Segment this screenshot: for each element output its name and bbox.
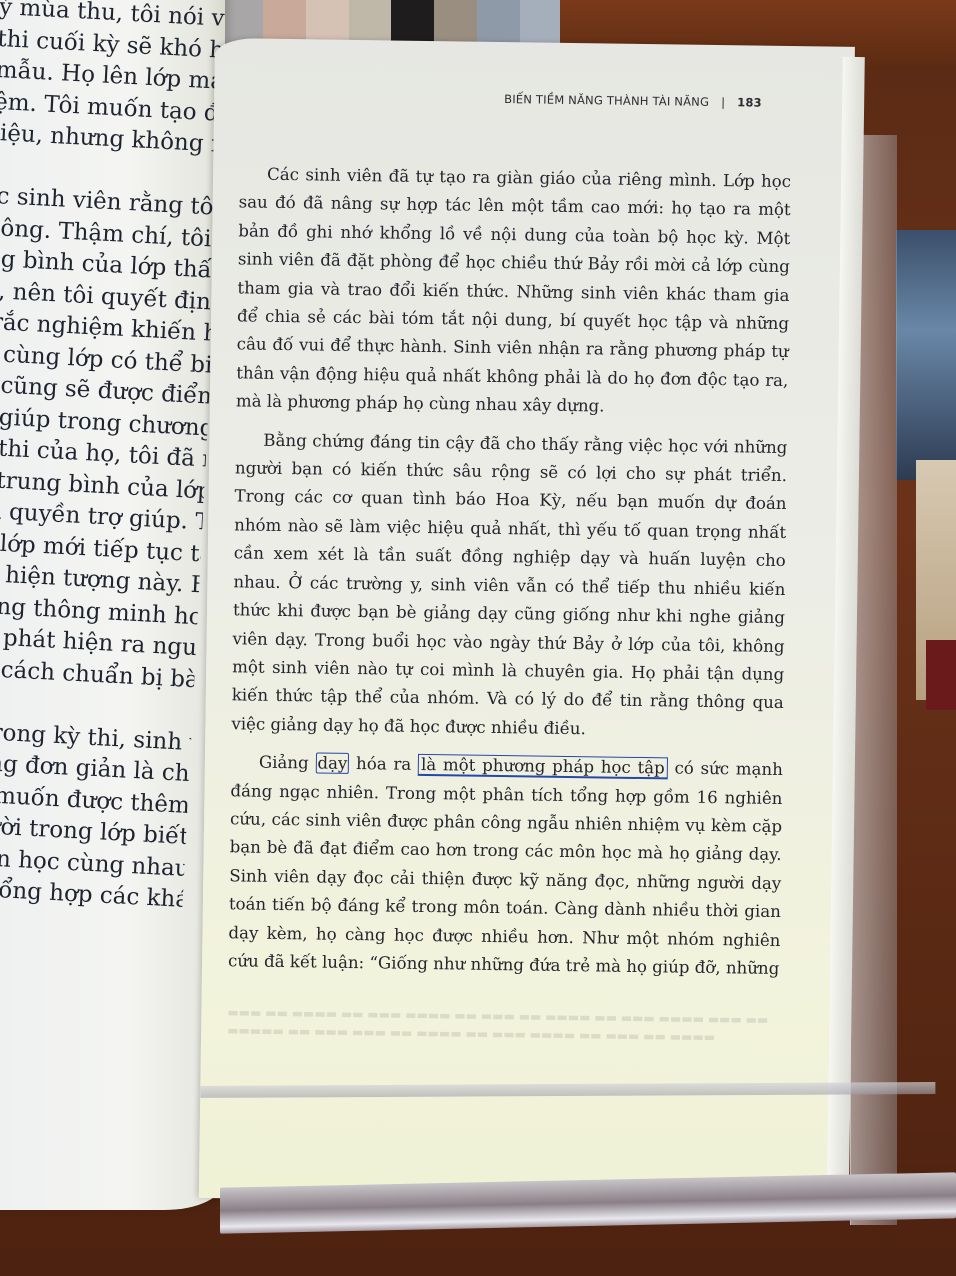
paragraph-1: Các sinh viên đã tự tạo ra giàn giáo của… (236, 160, 792, 423)
paragraph-3: Giảng dạy hóa ra là một phương pháp học … (228, 748, 783, 983)
header-separator: | (721, 95, 725, 109)
acrylic-stand-ledge (200, 1082, 935, 1098)
page-number: 183 (737, 95, 762, 109)
left-page: ỳ mùa thu, tôi nói với các sinhthi cuối … (0, 0, 225, 1210)
running-header: BIẾN TIỀM NĂNG THÀNH TÀI NĂNG|183 (504, 92, 762, 110)
pen-annotation-box: dạy (315, 753, 349, 774)
paragraph-3-part-3: có sức mạnh đáng ngạc nhiên. Trong một p… (228, 759, 783, 978)
running-title: BIẾN TIỀM NĂNG THÀNH TÀI NĂNG (504, 92, 709, 109)
paragraph-3-part-1: Giảng (259, 753, 316, 773)
left-page-text: ỳ mùa thu, tôi nói với các sinhthi cuối … (0, 0, 225, 917)
paragraph-3-part-2: hóa ra (349, 754, 418, 774)
body-text: Các sinh viên đã tự tạo ra giàn giáo của… (228, 160, 791, 993)
show-through-text: ▬▬▬ ▬▬ ▬▬▬▬ ▬▬ ▬▬▬ ▬▬▬▬ ▬▬ ▬▬▬ ▬▬ ▬▬▬▬ ▬… (227, 1003, 779, 1047)
paragraph-2: Bằng chứng đáng tin cậy đã cho thấy rằng… (231, 426, 787, 746)
pen-annotation-underline-box: là một phương pháp học tập (418, 754, 668, 779)
right-page: BIẾN TIỀM NĂNG THÀNH TÀI NĂNG|183 Các si… (199, 38, 855, 1207)
background-book-red (926, 640, 956, 710)
background-book-blue (896, 230, 956, 480)
